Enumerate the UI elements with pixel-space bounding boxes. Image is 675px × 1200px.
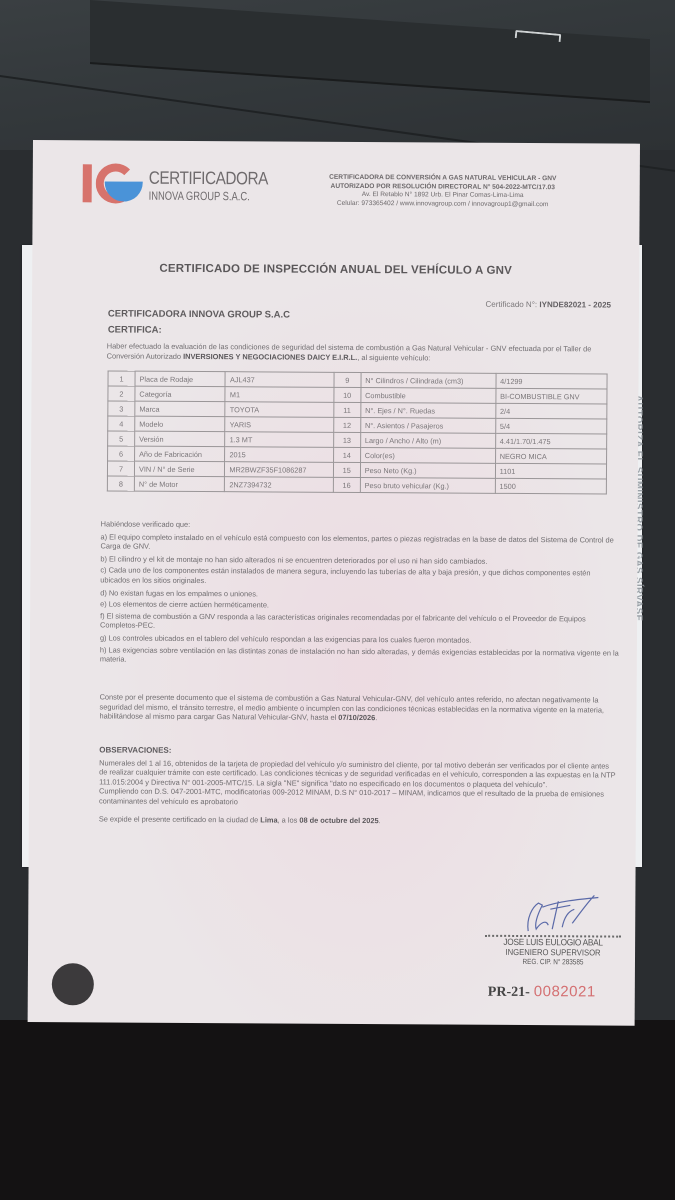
document-title: CERTIFICADO DE INSPECCIÓN ANUAL DEL VEHÍ… — [32, 262, 639, 278]
field-value: 2/4 — [495, 403, 606, 419]
row-number: 12 — [333, 417, 360, 432]
serial-number: PR-21-0082021 — [488, 983, 596, 1002]
field-label: Versión — [135, 431, 226, 447]
field-label: Modelo — [135, 416, 226, 432]
row-number: 4 — [108, 416, 135, 431]
row-number: 6 — [108, 446, 135, 461]
punch-hole — [52, 963, 94, 1005]
serial-prefix: PR-21- — [488, 985, 530, 1000]
row-number: 11 — [334, 402, 361, 417]
field-label: Año de Fabricación — [135, 446, 226, 462]
field-value: 2015 — [225, 447, 333, 463]
verification-section: Habiéndose verificado que: a) El equipo … — [100, 519, 621, 670]
field-value: BI-COMBUSTIBLE GNV — [496, 388, 607, 404]
verification-item: b) El cilindro y el kit de montaje no ha… — [100, 554, 620, 567]
row-number: 16 — [333, 477, 360, 492]
signer-registration: REG. CIP. N° 283585 — [493, 957, 612, 967]
field-label: VIN / N° de Serie — [134, 461, 225, 477]
field-label: Largo / Ancho / Alto (m) — [360, 433, 495, 449]
signature-icon — [498, 893, 608, 936]
field-label: N° de Motor — [134, 476, 225, 492]
field-value: 4.41/1.70/1.475 — [495, 433, 606, 449]
observations-text: Numerales del 1 al 16, obtenidos de la t… — [99, 758, 619, 790]
row-number: 15 — [333, 462, 360, 477]
logo-i-icon — [83, 164, 92, 202]
verification-item: g) Los controles ubicados en el tablero … — [100, 633, 620, 646]
brand-subname: INNOVA GROUP S.A.C. — [149, 189, 250, 204]
row-number: 13 — [333, 432, 360, 447]
row-number: 5 — [108, 431, 135, 446]
certificate-label: Certificado N°: — [485, 300, 537, 309]
company-logo: CERTIFICADORA INNOVA GROUP S.A.C. — [83, 160, 243, 211]
field-label: Color(es) — [360, 448, 495, 464]
field-value: 2NZ7394732 — [225, 477, 333, 493]
signature-block: JOSE LUIS EULOGIO ABAL INGENIERO SUPERVI… — [483, 893, 623, 967]
field-value: TOYOTA — [225, 402, 333, 418]
certifica-heading: CERTIFICA: — [108, 324, 162, 335]
observations-title: OBSERVACIONES: — [99, 745, 619, 758]
valid-until-date: 07/10/2026 — [338, 713, 375, 722]
field-label: N°. Asientos / Pasajeros — [360, 418, 495, 434]
field-label: Combustible — [361, 388, 496, 404]
row-number: 9 — [334, 372, 361, 387]
row-number: 14 — [333, 447, 360, 462]
serial-value: 0082021 — [534, 983, 596, 1000]
row-number: 2 — [108, 386, 135, 401]
field-value: NEGRO MICA — [495, 448, 606, 464]
field-value: M1 — [225, 387, 333, 403]
certificate-number: Certificado N°: IYNDE82021 - 2025 — [485, 300, 611, 310]
row-number: 1 — [108, 371, 135, 386]
verification-item: a) El equipo completo instalado en el ve… — [100, 532, 620, 554]
row-number: 8 — [107, 476, 134, 491]
issued-date: 08 de octubre del 2025 — [299, 815, 378, 824]
field-value: AJL437 — [225, 372, 333, 388]
verification-item: c) Cada uno de los componentes están ins… — [100, 566, 620, 588]
conclusion-paragraph: Conste por el presente documento que el … — [99, 692, 619, 727]
verification-heading: Habiéndose verificado que: — [101, 519, 621, 532]
field-label: N° Cilindros / Cilindrada (cm3) — [361, 373, 496, 389]
field-value: 1.3 MT — [225, 432, 333, 448]
field-label: N°. Ejes / N°. Ruedas — [361, 403, 496, 419]
issued-city: Lima — [260, 815, 277, 824]
company-info: CERTIFICADORA DE CONVERSIÓN A GAS NATURA… — [303, 174, 583, 210]
row-number: 10 — [334, 387, 361, 402]
field-label: Marca — [135, 401, 226, 417]
field-label: Categoría — [135, 386, 226, 402]
company-name: CERTIFICADORA INNOVA GROUP S.A.C — [108, 308, 290, 320]
verification-item: f) El sistema de combustión a GNV respon… — [100, 611, 620, 633]
row-number: 7 — [107, 461, 134, 476]
field-value: 5/4 — [495, 418, 606, 434]
table-row: 8N° de Motor2NZ739473216Peso bruto vehic… — [107, 476, 606, 494]
issued-line: Se expide el presente certificado en la … — [99, 814, 619, 827]
workshop-name: INVERSIONES Y NEGOCIACIONES DAICY E.I.R.… — [183, 352, 357, 362]
field-value: 1500 — [495, 478, 606, 494]
info-line: Celular: 973365402 / www.innovagroup.com… — [303, 199, 583, 209]
observations-section: OBSERVACIONES: Numerales del 1 al 16, ob… — [99, 745, 619, 829]
intro-paragraph: Haber efectuado la evaluación de las con… — [107, 341, 617, 363]
field-value: 4/1299 — [496, 373, 607, 389]
vehicle-table: 1Placa de RodajeAJL4379N° Cilindros / Ci… — [107, 370, 608, 494]
field-value: YARIS — [225, 417, 333, 433]
background-table — [0, 1020, 675, 1200]
brand-name: CERTIFICADORA — [149, 168, 268, 190]
verification-item: e) Los elementos de cierre actúen hermét… — [100, 600, 620, 613]
row-number: 3 — [108, 401, 135, 416]
field-value: MR2BWZF35F1086287 — [225, 462, 333, 478]
field-label: Peso Neto (Kg.) — [360, 463, 495, 479]
certificate-page: CERTIFICADORA INNOVA GROUP S.A.C. CERTIF… — [28, 140, 640, 1026]
field-label: Peso bruto vehicular (Kg.) — [360, 478, 495, 494]
verification-item: h) Las exigencias sobre ventilación en l… — [100, 645, 620, 667]
verification-item: d) No existan fugas en los empalmes o un… — [100, 588, 620, 601]
field-label: Placa de Rodaje — [135, 371, 226, 387]
emissions-text: Cumpliendo con D.S. 047-2001-MTC, modifi… — [99, 787, 619, 809]
certificate-value: IYNDE82021 - 2025 — [539, 300, 611, 309]
field-value: 1101 — [495, 463, 606, 479]
